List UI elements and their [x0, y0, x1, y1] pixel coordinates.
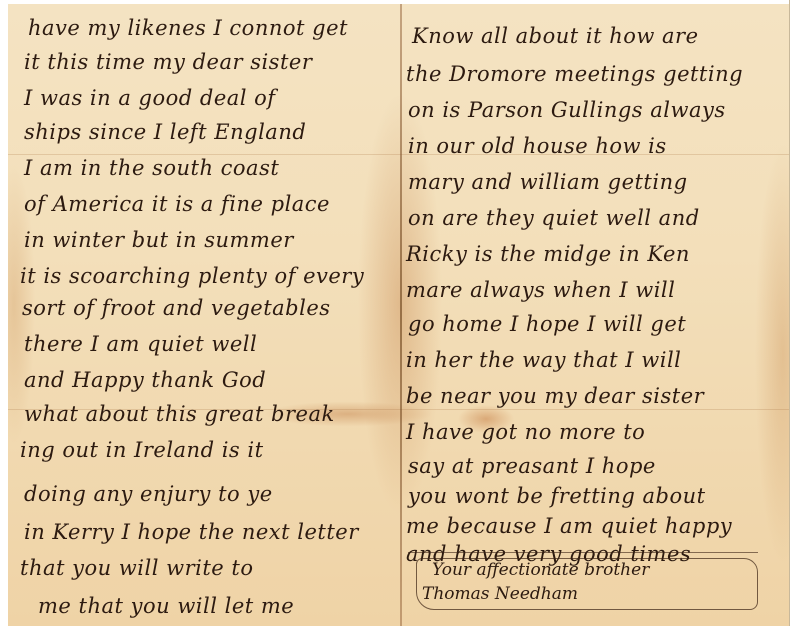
text-line: me that you will let me — [38, 596, 294, 617]
text-line: I am in the south coast — [24, 158, 279, 179]
text-line: sort of froot and vegetables — [22, 298, 331, 319]
text-line: mare always when I will — [406, 280, 675, 301]
right-page: Know all about it how are the Dromore me… — [402, 4, 792, 626]
signature: Thomas Needham — [422, 584, 578, 604]
letter-sheet: have my likenes I connot get it this tim… — [8, 4, 792, 626]
text-line: the Dromore meetings getting — [406, 64, 743, 85]
left-page: have my likenes I connot get it this tim… — [8, 4, 400, 626]
text-line: in winter but in summer — [24, 230, 294, 251]
text-line: you wont be fretting about — [408, 486, 706, 507]
text-line: be near you my dear sister — [406, 386, 704, 407]
text-line: in her the way that I will — [406, 350, 681, 371]
text-line: say at preasant I hope — [408, 456, 656, 477]
signature-underline — [408, 552, 758, 553]
text-line: go home I hope I will get — [408, 314, 686, 335]
text-line: I was in a good deal of — [24, 88, 276, 109]
text-line: in Kerry I hope the next letter — [24, 522, 359, 543]
text-line: it is scoarching plenty of every — [20, 266, 364, 287]
text-line: there I am quiet well — [24, 334, 257, 355]
text-line: ships since I left England — [24, 122, 306, 143]
text-line: of America it is a fine place — [24, 194, 330, 215]
text-line: it this time my dear sister — [24, 52, 312, 73]
text-line: Ricky is the midge in Ken — [406, 244, 690, 265]
text-line: mary and william getting — [408, 172, 688, 193]
text-line: in our old house how is — [408, 136, 667, 157]
text-line: doing any enjury to ye — [24, 484, 273, 505]
text-line: that you will write to — [20, 558, 253, 579]
text-line: have my likenes I connot get — [28, 18, 348, 39]
text-line: on is Parson Gullings always — [408, 100, 726, 121]
text-line: ing out in Ireland is it — [20, 440, 264, 461]
text-line: on are they quiet well and — [408, 208, 700, 229]
scan-border — [789, 0, 800, 626]
text-line: me because I am quiet happy — [406, 516, 732, 537]
closing: Your affectionate brother — [432, 560, 649, 580]
text-line: and Happy thank God — [24, 370, 266, 391]
text-line: what about this great break — [24, 404, 335, 425]
text-line: Know all about it how are — [412, 26, 699, 47]
text-line: I have got no more to — [406, 422, 645, 443]
